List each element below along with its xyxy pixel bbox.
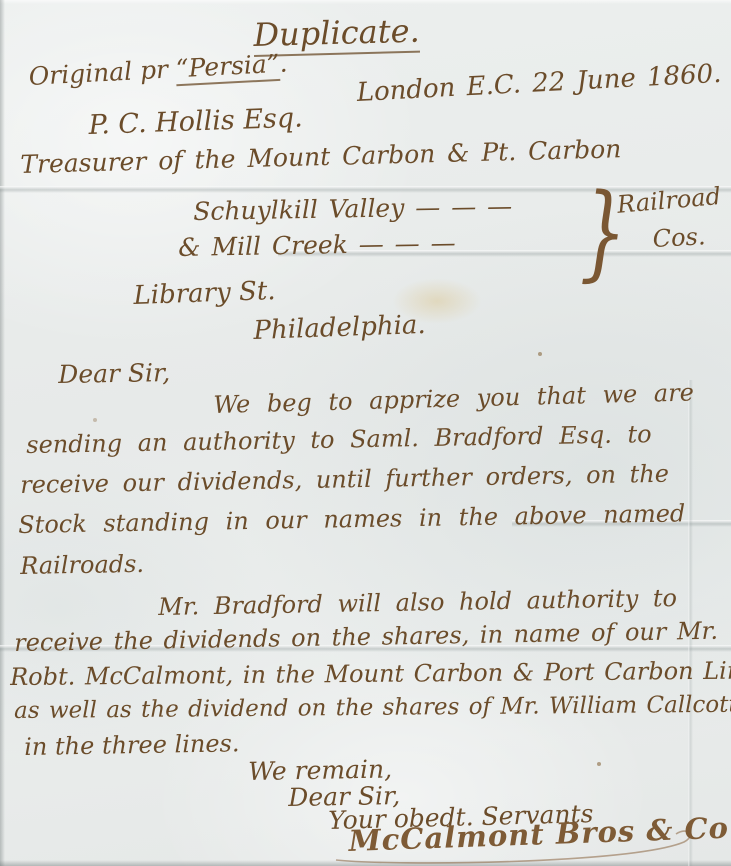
recipient-name: P. C. Hollis Esq.	[88, 103, 303, 141]
brace-label-cos: Cos.	[652, 222, 706, 253]
company-line-1: Schuylkill Valley — — —	[193, 191, 512, 226]
ship-name: “Persia”	[175, 49, 280, 86]
paper-top-edge	[0, 0, 731, 4]
body-p1-line-5: Railroads.	[20, 550, 144, 580]
body-p2-line-2: receive the dividends on the shares, in …	[14, 617, 718, 657]
ink-speck	[597, 762, 601, 766]
recipient-title: Treasurer of the Mount Carbon & Pt. Carb…	[20, 134, 622, 179]
ink-speck	[538, 352, 542, 356]
body-p2-line-4: as well as the dividend on the shares of…	[14, 692, 731, 724]
ink-speck	[93, 418, 97, 422]
origin-note-post: .	[279, 48, 288, 77]
body-p1-line-1: We beg to apprize you that we are	[213, 378, 694, 419]
body-p1-line-3: receive our dividends, until further ord…	[20, 460, 669, 499]
body-p1-line-2: sending an authority to Saml. Bradford E…	[26, 420, 652, 459]
body-p2-line-5: in the three lines.	[24, 729, 240, 761]
heading-duplicate: Duplicate.	[253, 12, 420, 54]
address-city: Philadelphia.	[253, 310, 426, 346]
brace-label-railroad: Railroad	[616, 182, 722, 219]
origin-note: Original pr “Persia”.	[28, 48, 288, 91]
body-p1-line-4: Stock standing in our names in the above…	[18, 499, 685, 539]
address-street: Library St.	[133, 276, 276, 311]
body-p2-line-3: Robt. McCalmont, in the Mount Carbon & P…	[10, 656, 731, 691]
body-p2-line-1: Mr. Bradford will also hold authority to	[158, 584, 677, 621]
salutation: Dear Sir,	[58, 358, 170, 389]
origin-note-pre: Original pr	[28, 54, 177, 91]
dateline: London E.C. 22 June 1860.	[356, 59, 722, 108]
paper-left-edge	[0, 0, 5, 866]
brace-glyph: }	[580, 170, 628, 293]
company-line-2: & Mill Creek — — —	[178, 228, 456, 262]
letter-page: Duplicate. Original pr “Persia”. London …	[0, 0, 731, 866]
